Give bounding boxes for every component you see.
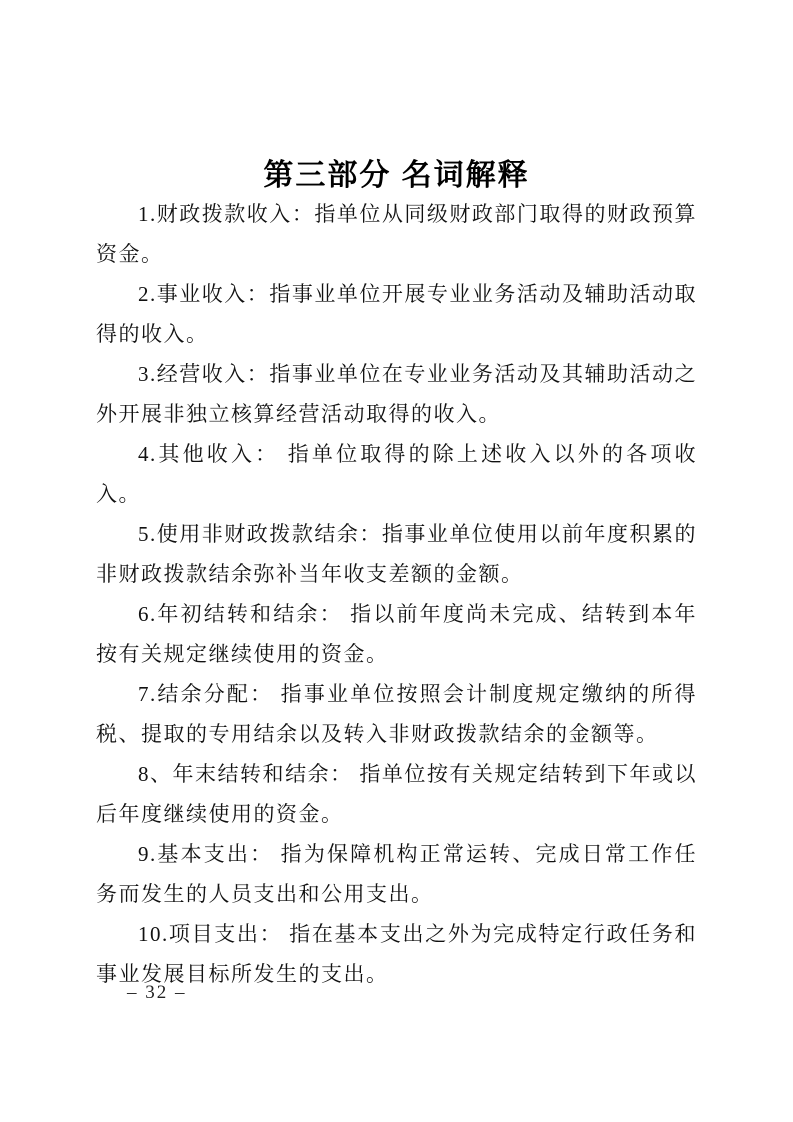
definitions-body: 1.财政拨款收入：指单位从同级财政部门取得的财政预算资金。 2.事业收入：指事业… <box>96 194 697 994</box>
definition-paragraph-7: 7.结余分配： 指事业单位按照会计制度规定缴纳的所得税、提取的专用结余以及转入非… <box>96 674 697 754</box>
definition-paragraph-9: 9.基本支出： 指为保障机构正常运转、完成日常工作任务而发生的人员支出和公用支出… <box>96 834 697 914</box>
document-page: 第三部分 名词解释 1.财政拨款收入：指单位从同级财政部门取得的财政预算资金。 … <box>0 0 793 1122</box>
definition-paragraph-6: 6.年初结转和结余： 指以前年度尚未完成、结转到本年按有关规定继续使用的资金。 <box>96 594 697 674</box>
definition-paragraph-1: 1.财政拨款收入：指单位从同级财政部门取得的财政预算资金。 <box>96 194 697 274</box>
page-number: – 32 – <box>127 982 187 1004</box>
definition-paragraph-2: 2.事业收入：指事业单位开展专业业务活动及辅助活动取得的收入。 <box>96 274 697 354</box>
page-title: 第三部分 名词解释 <box>96 150 697 194</box>
definition-paragraph-4: 4.其他收入： 指单位取得的除上述收入以外的各项收入。 <box>96 434 697 514</box>
definition-paragraph-5: 5.使用非财政拨款结余：指事业单位使用以前年度积累的非财政拨款结余弥补当年收支差… <box>96 514 697 594</box>
definition-paragraph-8: 8、年末结转和结余： 指单位按有关规定结转到下年或以后年度继续使用的资金。 <box>96 754 697 834</box>
definition-paragraph-3: 3.经营收入：指事业单位在专业业务活动及其辅助活动之外开展非独立核算经营活动取得… <box>96 354 697 434</box>
